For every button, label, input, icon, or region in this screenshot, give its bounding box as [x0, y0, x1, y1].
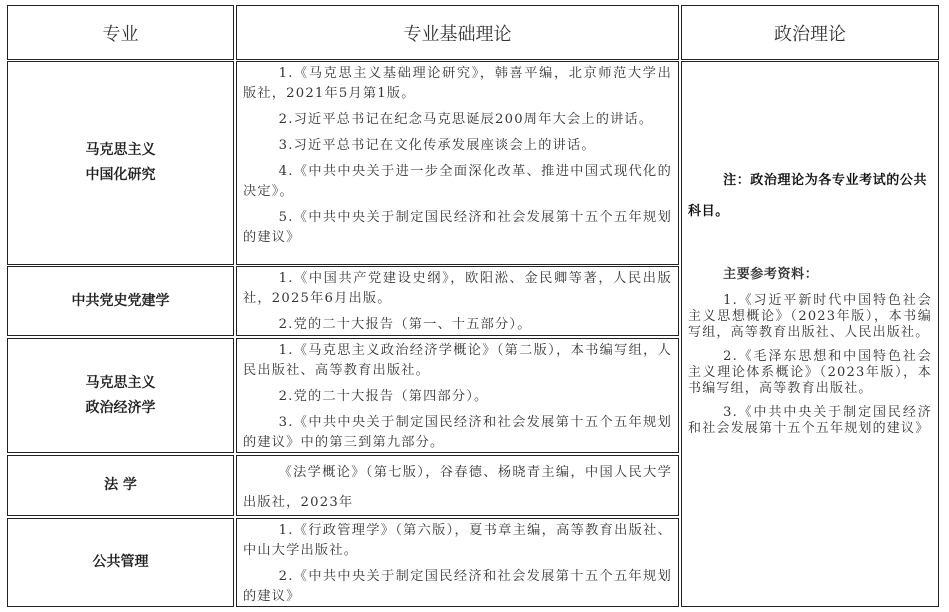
- politics-reference-item: 3.《中共中央关于制定国民经济和社会发展第十五个五年规划的建议》: [688, 405, 932, 437]
- reference-item: 4.《中共中央关于进一步全面深化改革、推进中国式现代化的决定》。: [243, 162, 672, 202]
- reference-item: 1.《马克思主义基础理论研究》，韩喜平编，北京师范大学出版社，2021年5月第1…: [243, 64, 672, 104]
- major-cell-public-administration: 公共管理: [7, 518, 234, 607]
- reference-item: 2.党的二十大报告（第四部分）。: [243, 387, 672, 407]
- reference-item: 3.习近平总书记在文化传承发展座谈会上的讲话。: [243, 136, 672, 156]
- major-name-line: 政治经济学: [86, 396, 156, 421]
- header-foundation: 专业基础理论: [236, 5, 679, 60]
- refs-cell-marxism-sinicization: 1.《马克思主义基础理论研究》，韩喜平编，北京师范大学出版社，2021年5月第1…: [236, 61, 679, 265]
- major-name-line: 中国化研究: [86, 163, 156, 188]
- reference-item: 1.《中国共产党建设史纲》，欧阳淞、金民卿等著，人民出版社，2025年6月出版。: [243, 269, 672, 309]
- refs-cell-political-economy: 1.《马克思主义政治经济学概论》（第二版），本书编写组，人民出版社、高等教育出版…: [236, 338, 679, 453]
- major-name-line: 中共党史党建学: [72, 289, 170, 314]
- reference-item: 5.《中共中央关于制定国民经济和社会发展第十五个五年规划的建议》: [243, 208, 672, 248]
- reference-item: 2.习近平总书记在纪念马克思诞辰200周年大会上的讲话。: [243, 110, 672, 130]
- reference-item: 3.《中共中央关于制定国民经济和社会发展第十五个五年规划的建议》中的第三到第九部…: [243, 413, 672, 453]
- major-cell-law: 法 学: [7, 455, 234, 516]
- major-name-line: 法 学: [104, 473, 137, 498]
- reference-item: 2.党的二十大报告（第一、十五部分）。: [243, 315, 672, 335]
- major-cell-party-history: 中共党史党建学: [7, 266, 234, 336]
- header-politics: 政治理论: [681, 5, 939, 60]
- major-name-line: 马克思主义: [86, 371, 156, 396]
- major-cell-marxism-sinicization: 马克思主义 中国化研究: [7, 61, 234, 265]
- major-name-line: 马克思主义: [86, 138, 156, 163]
- header-foundation-label: 专业基础理论: [404, 20, 512, 46]
- politics-refs-title: 主要参考资料：: [688, 267, 932, 283]
- reference-item: 2.《中共中央关于制定国民经济和社会发展第十五个五年规划的建议》: [243, 567, 672, 607]
- header-major: 专业: [7, 5, 234, 60]
- header-politics-label: 政治理论: [774, 20, 846, 46]
- politics-reference-item: 1.《习近平新时代中国特色社会主义思想概论》（2023年版），本书编写组，高等教…: [688, 293, 932, 341]
- reference-item: 《法学概论》（第七版），谷春德、杨晓青主编，中国人民大学出版社，2023年: [243, 458, 672, 518]
- refs-cell-party-history: 1.《中国共产党建设史纲》，欧阳淞、金民卿等著，人民出版社，2025年6月出版。…: [236, 266, 679, 336]
- major-name-line: 公共管理: [93, 550, 149, 575]
- major-cell-political-economy: 马克思主义 政治经济学: [7, 338, 234, 453]
- politics-reference-item: 2.《毛泽东思想和中国特色社会主义理论体系概论》（2023年版），本书编写组，高…: [688, 349, 932, 397]
- reference-item: 1.《行政管理学》（第六版），夏书章主编，高等教育出版社、中山大学出版社。: [243, 521, 672, 561]
- refs-cell-public-administration: 1.《行政管理学》（第六版），夏书章主编，高等教育出版社、中山大学出版社。 2.…: [236, 518, 679, 607]
- header-major-label: 专业: [103, 20, 139, 46]
- politics-cell: 注：政治理论为各专业考试的公共科目。 主要参考资料： 1.《习近平新时代中国特色…: [681, 61, 939, 607]
- politics-note: 注：政治理论为各专业考试的公共科目。: [688, 165, 932, 227]
- refs-cell-law: 《法学概论》（第七版），谷春德、杨晓青主编，中国人民大学出版社，2023年: [236, 455, 679, 516]
- reference-item: 1.《马克思主义政治经济学概论》（第二版），本书编写组，人民出版社、高等教育出版…: [243, 341, 672, 381]
